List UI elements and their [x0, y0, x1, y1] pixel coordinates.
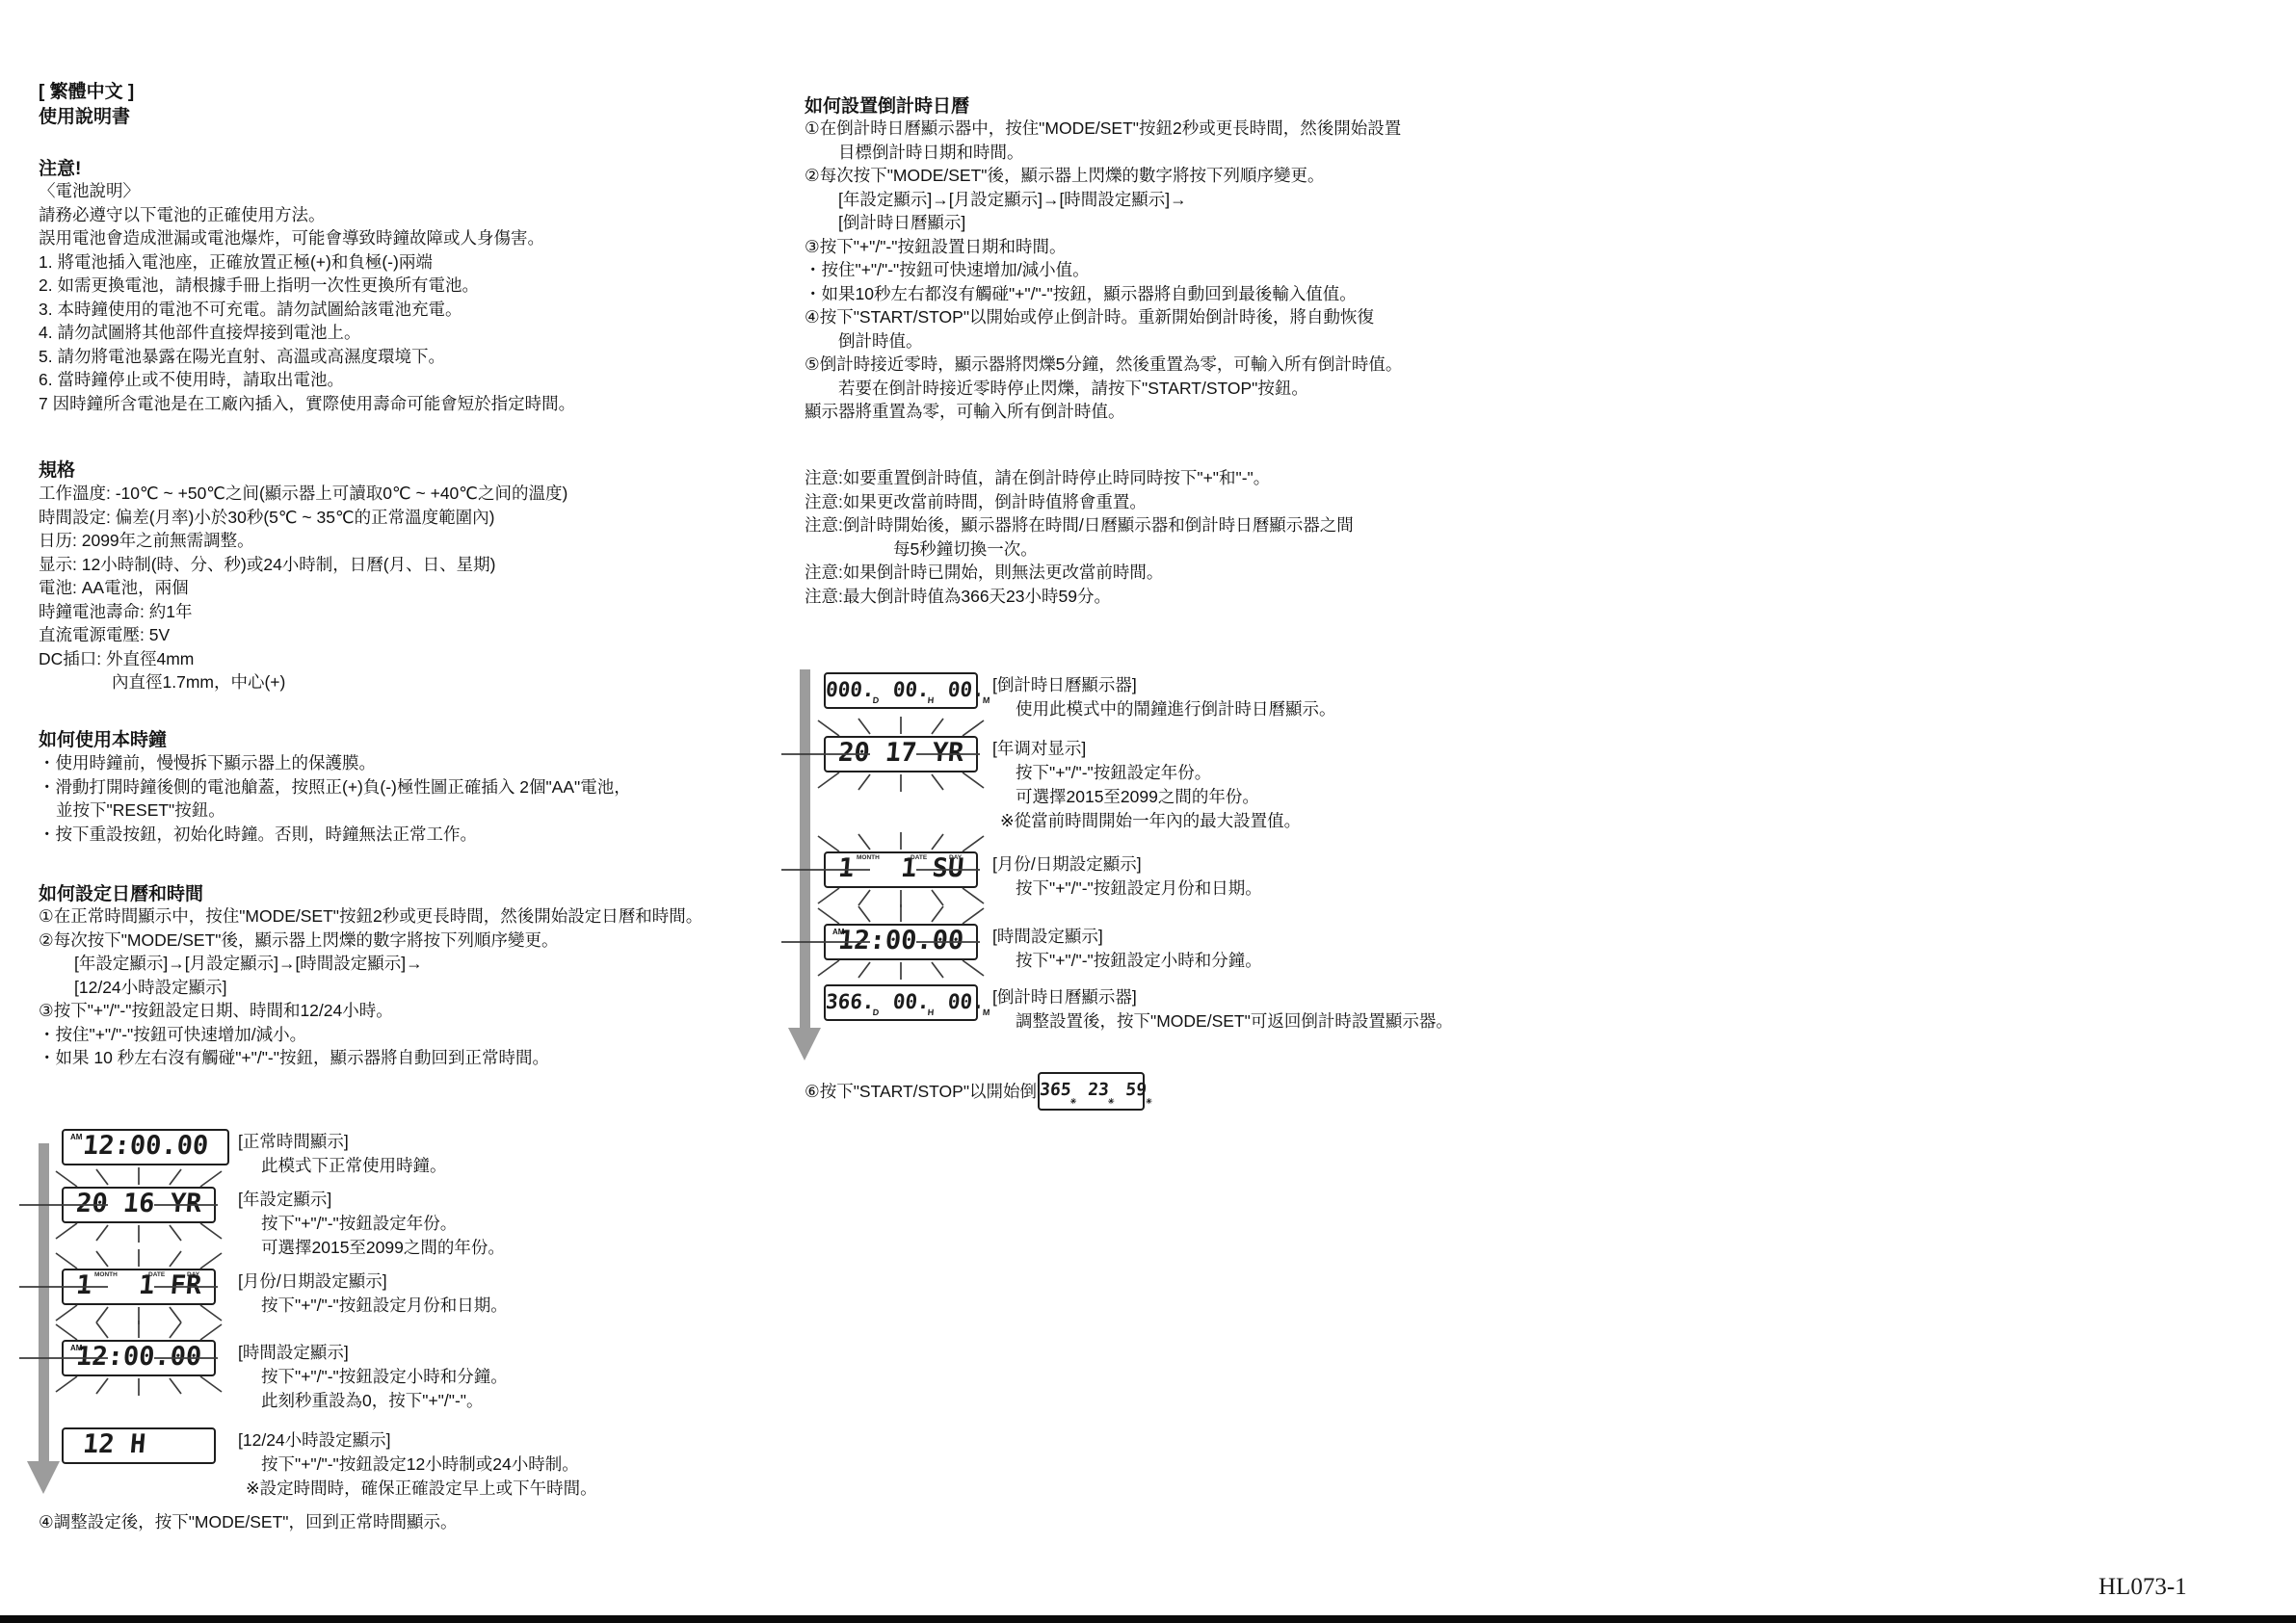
display-row: 20 17 YR [年调对显示] 按下"+"/"-"按鈕設定年份。 可選擇201…	[824, 736, 978, 772]
text-line: 直流電源電壓: 5V	[39, 623, 567, 647]
howto-use-lines: ・使用時鐘前，慢慢拆下顯示器上的保護膜。 ・滑動打開時鐘後側的電池艙蓋，按照正(…	[39, 751, 631, 846]
display-row: AM 12:00.00 [時間設定顯示] 按下"+"/"-"按鈕設定小時和分鐘。	[824, 924, 978, 960]
text-line: 5. 請勿將電池暴露在陽光直射、高溫或高濕度環境下。	[39, 345, 575, 369]
lcd-digits: 366.D 00.H 00.M	[825, 986, 978, 1019]
display-desc: 按下"+"/"-"按鈕設定月份和日期。	[1016, 877, 1262, 901]
lcd-month-label: MONTH	[94, 1271, 118, 1278]
display-caption: [月份/日期設定顯示] 按下"+"/"-"按鈕設定月份和日期。	[992, 852, 1262, 901]
display-label: [倒計時日曆顯示器]	[992, 673, 1336, 697]
am-marker: AM	[832, 928, 844, 936]
lcd-hours-unit: H	[927, 695, 934, 705]
text-line: ・使用時鐘前，慢慢拆下顯示器上的保護膜。	[39, 751, 631, 775]
text-line: 時間設定: 偏差(月率)小於30秒(5℃ ~ 35℃的正常溫度範圍內)	[39, 506, 567, 530]
lcd-display-countdown-running: 365✳ 23✳ 59✳	[1038, 1072, 1145, 1111]
caution-lines: 〈電池說明〉 請務必遵守以下電池的正確使用方法。 誤用電池會造成泄漏或電池爆炸，…	[39, 179, 575, 415]
text-line: 內直徑1.7mm，中心(+)	[39, 670, 567, 694]
text-line: 6. 當時鐘停止或不使用時，請取出電池。	[39, 368, 575, 392]
lcd-display: AM 12:00.00	[62, 1129, 229, 1165]
display-label: [正常時間顯示]	[238, 1130, 447, 1154]
lcd-digits: 12 H	[63, 1429, 216, 1462]
countdown-heading: 如何設置倒計時日曆	[805, 92, 969, 118]
note-line: 注意:倒計時開始後，顯示器將在時間/日曆顯示器和倒計時日曆顯示器之間	[805, 513, 1354, 537]
countdown-notes: 注意:如要重置倒計時值，請在倒計時停止時同時按下"+"和"-"。 注意:如果更改…	[805, 466, 1354, 608]
note-line: 注意:如果更改當前時間，倒計時值將會重置。	[805, 490, 1354, 514]
display-row: AM 12:00.00 [時間設定顯示] 按下"+"/"-"按鈕設定小時和分鐘。…	[62, 1340, 216, 1376]
lcd-month-label: MONTH	[857, 854, 880, 861]
display-label: [月份/日期設定顯示]	[992, 852, 1262, 877]
countdown-steps: ①在倒計時日曆顯示器中，按住"MODE/SET"按鈕2秒或更長時間，然後開始設置…	[805, 117, 1402, 424]
display-desc: 按下"+"/"-"按鈕設定年份。	[261, 1212, 505, 1236]
display-desc: 使用此模式中的鬧鐘進行倒計時日曆顯示。	[1016, 697, 1336, 721]
display-caption: [月份/日期設定顯示] 按下"+"/"-"按鈕設定月份和日期。	[238, 1270, 508, 1318]
step-line: ・按住"+"/"-"按鈕可快速增加/減小。	[39, 1023, 702, 1047]
blink-spark-icon: ✳	[1146, 1097, 1152, 1106]
note-line: 注意:如要重置倒計時值，請在倒計時停止時同時按下"+"和"-"。	[805, 466, 1354, 490]
display-desc: 可選擇2015至2099之間的年份。	[1016, 785, 1301, 809]
text-line: DC插口: 外直徑4mm	[39, 647, 567, 671]
step-line: [年設定顯示]→[月設定顯示]→[時間設定顯示]→	[39, 952, 702, 976]
step-line: 倒計時值。	[805, 329, 1402, 353]
howto-set-lines: ①在正常時間顯示中，按住"MODE/SET"按鈕2秒或更長時間，然後開始設定日曆…	[39, 904, 702, 1070]
text-line: 請務必遵守以下電池的正確使用方法。	[39, 203, 575, 227]
text-line: 〈電池說明〉	[39, 179, 575, 203]
text-line: 日历: 2099年之前無需調整。	[39, 529, 567, 553]
text-line: 4. 請勿試圖將其他部件直接焊接到電池上。	[39, 321, 575, 345]
display-desc: 按下"+"/"-"按鈕設定年份。	[1016, 761, 1301, 785]
specs-heading: 規格	[39, 456, 75, 482]
display-desc: 按下"+"/"-"按鈕設定12小時制或24小時制。	[261, 1453, 597, 1477]
text-line: 3. 本時鐘使用的電池不可充電。請勿試圖給該電池充電。	[39, 298, 575, 322]
step-line: ・如果10秒左右都沒有觸碰"+"/"-"按鈕，顯示器將自動回到最後輸入值值。	[805, 282, 1402, 306]
lcd-digits: 000.D 00.H 00.M	[825, 674, 978, 707]
lcd-digits: 12:00.00	[63, 1342, 216, 1374]
lcd-day-label: DAY	[949, 854, 962, 861]
specs-lines: 工作溫度: -10℃ ~ +50℃之间(顯示器上可讀取0℃ ~ +40℃之间的溫…	[39, 482, 567, 694]
display-label: [倒計時日曆顯示器]	[992, 985, 1453, 1009]
flow-arrowhead-icon	[788, 1028, 821, 1060]
howto-use-heading: 如何使用本時鐘	[39, 725, 167, 751]
doc-code: HL073-1	[2098, 1574, 2187, 1601]
display-caption: [倒計時日曆顯示器] 使用此模式中的鬧鐘進行倒計時日曆顯示。	[992, 673, 1336, 721]
step-line: 若要在倒計時接近零時停止閃爍，請按下"START/STOP"按鈕。	[805, 377, 1402, 401]
text-line: 誤用電池會造成泄漏或電池爆炸，可能會導致時鐘故障或人身傷害。	[39, 226, 575, 250]
step-line: ・按住"+"/"-"按鈕可快速增加/減小值。	[805, 258, 1402, 282]
howto-set-heading: 如何設定日曆和時間	[39, 879, 203, 905]
display-label: [12/24小時設定顯示]	[238, 1428, 597, 1453]
lcd-display-blinking: AM 12:00.00	[824, 924, 978, 960]
text-line: 時鐘電池壽命: 約1年	[39, 600, 567, 624]
display-label: [年設定顯示]	[238, 1188, 505, 1212]
lcd-digits: 12:00.00	[63, 1131, 229, 1164]
display-desc: 可選擇2015至2099之間的年份。	[261, 1236, 505, 1260]
display-label: [時間設定顯示]	[238, 1341, 508, 1365]
lcd-minutes-unit: M	[982, 695, 990, 705]
lcd-display: 000.D 00.H 00.M	[824, 672, 978, 709]
flow-arrowhead-icon	[27, 1461, 60, 1494]
display-desc: 此刻秒重設為0，按下"+"/"-"。	[261, 1389, 508, 1413]
display-caption: [正常時間顯示] 此模式下正常使用時鐘。	[238, 1130, 447, 1178]
lcd-date-label: DATE	[910, 854, 927, 861]
text-line: 1. 將電池插入電池座，正確放置正極(+)和負極(-)兩端	[39, 250, 575, 275]
display-label: [月份/日期設定顯示]	[238, 1270, 508, 1294]
step-line: [12/24小時設定顯示]	[39, 976, 702, 1000]
step-line: ・如果 10 秒左右沒有觸碰"+"/"-"按鈕，顯示器將自動回到正常時間。	[39, 1046, 702, 1070]
final-step-left: ④調整設定後，按下"MODE/SET"，回到正常時間顯示。	[39, 1510, 458, 1534]
text-line: 7 因時鐘所含電池是在工廠內插入，實際使用壽命可能會短於指定時間。	[39, 392, 575, 416]
lcd-digits: 12:00.00	[825, 926, 978, 958]
display-desc: ※設定時間時，確保正確設定早上或下午時間。	[246, 1477, 597, 1501]
blink-spark-icon: ✳	[1069, 1097, 1076, 1106]
step-line: 顯示器將重置為零，可輸入所有倒計時值。	[805, 400, 1402, 424]
step-line: ④按下"START/STOP"以開始或停止倒計時。重新開始倒計時後，將自動恢復	[805, 305, 1402, 329]
lcd-days-unit: D	[872, 1008, 879, 1017]
text-line: ・滑動打開時鐘後側的電池艙蓋，按照正(+)負(-)極性圖正確插入 2個"AA"電…	[39, 775, 631, 799]
lcd-digits: 365✳ 23✳ 59✳	[1038, 1074, 1144, 1109]
display-desc: 調整設置後，按下"MODE/SET"可返回倒計時設置顯示器。	[1016, 1009, 1453, 1034]
lcd-display: 12 H	[62, 1427, 216, 1464]
lcd-display: 366.D 00.H 00.M	[824, 984, 978, 1021]
lcd-display-blinking: MONTH DATE DAY 1 1 SU	[824, 851, 978, 888]
display-desc: ※從當前時間開始一年內的最大設置值。	[1000, 809, 1301, 833]
text-line: 工作溫度: -10℃ ~ +50℃之间(顯示器上可讀取0℃ ~ +40℃之间的溫…	[39, 482, 567, 506]
text-line: ・按下重設按鈕，初始化時鐘。否則，時鐘無法正常工作。	[39, 823, 631, 847]
display-row: AM 12:00.00 [正常時間顯示] 此模式下正常使用時鐘。	[62, 1129, 229, 1165]
text-line: 2. 如需更換電池，請根據手冊上指明一次性更換所有電池。	[39, 274, 575, 298]
am-marker: AM	[70, 1344, 82, 1352]
note-line: 注意:如果倒計時已開始，則無法更改當前時間。	[805, 561, 1354, 585]
step-line: [年設定顯示]→[月設定顯示]→[時間設定顯示]→	[805, 188, 1402, 212]
display-row: 20 16 YR [年設定顯示] 按下"+"/"-"按鈕設定年份。 可選擇201…	[62, 1187, 216, 1223]
text-line: 显示: 12小時制(時、分、秒)或24小時制，日曆(月、日、星期)	[39, 553, 567, 577]
step-line: ②每次按下"MODE/SET"後，顯示器上閃爍的數字將按下列順序變更。	[39, 929, 702, 953]
step-line: 目標倒計時日期和時間。	[805, 141, 1402, 165]
lcd-hours-unit: H	[927, 1008, 934, 1017]
lcd-display-blinking: 20 16 YR	[62, 1187, 216, 1223]
text-line: 並按下"RESET"按鈕。	[39, 798, 631, 823]
display-caption: [時間設定顯示] 按下"+"/"-"按鈕設定小時和分鐘。	[992, 925, 1262, 973]
flow-arrow-icon	[800, 669, 810, 1028]
step-line: [倒計時日曆顯示]	[805, 211, 1402, 235]
display-caption: [年调对显示] 按下"+"/"-"按鈕設定年份。 可選擇2015至2099之間的…	[992, 737, 1301, 833]
step-line: ①在正常時間顯示中，按住"MODE/SET"按鈕2秒或更長時間，然後開始設定日曆…	[39, 904, 702, 929]
lcd-display-blinking: MONTH DATE DAY 1 1 FR	[62, 1269, 216, 1305]
display-row: 12 H [12/24小時設定顯示] 按下"+"/"-"按鈕設定12小時制或24…	[62, 1427, 216, 1464]
display-desc: 按下"+"/"-"按鈕設定小時和分鐘。	[1016, 949, 1262, 973]
flow-arrow-icon	[39, 1143, 49, 1461]
display-desc: 此模式下正常使用時鐘。	[261, 1154, 447, 1178]
lcd-display-blinking: 20 17 YR	[824, 736, 978, 772]
lcd-digits: 20 17 YR	[825, 738, 978, 771]
manual-page: [ 繁體中文 ] 使用說明書 注意! 〈電池說明〉 請務必遵守以下電池的正確使用…	[0, 0, 2296, 1623]
step-line: ③按下"+"/"-"按鈕設定日期、時間和12/24小時。	[39, 999, 702, 1023]
step-line: ③按下"+"/"-"按鈕設置日期和時間。	[805, 235, 1402, 259]
step-line: ⑤倒計時接近零時，顯示器將閃爍5分鐘，然後重置為零，可輸入所有倒計時值。	[805, 353, 1402, 377]
lcd-days-unit: D	[872, 695, 879, 705]
page-edge-bar	[0, 1615, 2296, 1623]
display-row: MONTH DATE DAY 1 1 SU [月份/日期設定顯示] 按下"+"/…	[824, 851, 978, 888]
step-line: ②每次按下"MODE/SET"後，顯示器上閃爍的數字將按下列順序變更。	[805, 164, 1402, 188]
lcd-minutes-unit: M	[982, 1008, 990, 1017]
display-desc: 按下"+"/"-"按鈕設定小時和分鐘。	[261, 1365, 508, 1389]
blink-spark-icon: ✳	[1107, 1097, 1114, 1106]
lcd-display-blinking: AM 12:00.00	[62, 1340, 216, 1376]
note-line: 注意:最大倒計時值為366天23小時59分。	[805, 585, 1354, 609]
display-label: [時間設定顯示]	[992, 925, 1262, 949]
lcd-digits: 20 16 YR	[63, 1189, 216, 1221]
display-caption: [倒計時日曆顯示器] 調整設置後，按下"MODE/SET"可返回倒計時設置顯示器…	[992, 985, 1453, 1034]
display-row: MONTH DATE DAY 1 1 FR [月份/日期設定顯示] 按下"+"/…	[62, 1269, 216, 1305]
display-desc: 按下"+"/"-"按鈕設定月份和日期。	[261, 1294, 508, 1318]
display-label: [年调对显示]	[992, 737, 1301, 761]
am-marker: AM	[70, 1133, 82, 1141]
note-line: 每5秒鐘切換一次。	[805, 537, 1354, 562]
manual-subtitle: 使用說明書	[39, 102, 130, 128]
caution-heading: 注意!	[39, 154, 81, 180]
lcd-date-label: DATE	[148, 1271, 165, 1278]
display-row: 000.D 00.H 00.M [倒計時日曆顯示器] 使用此模式中的鬧鐘進行倒計…	[824, 672, 978, 709]
display-row: 366.D 00.H 00.M [倒計時日曆顯示器] 調整設置後，按下"MODE…	[824, 984, 978, 1021]
language-tag: [ 繁體中文 ]	[39, 77, 134, 103]
lcd-day-label: DAY	[187, 1271, 199, 1278]
step-line: ①在倒計時日曆顯示器中，按住"MODE/SET"按鈕2秒或更長時間，然後開始設置	[805, 117, 1402, 141]
display-caption: [年設定顯示] 按下"+"/"-"按鈕設定年份。 可選擇2015至2099之間的…	[238, 1188, 505, 1260]
text-line: 電池: AA電池，兩個	[39, 576, 567, 600]
display-caption: [時間設定顯示] 按下"+"/"-"按鈕設定小時和分鐘。 此刻秒重設為0，按下"…	[238, 1341, 508, 1413]
display-caption: [12/24小時設定顯示] 按下"+"/"-"按鈕設定12小時制或24小時制。 …	[238, 1428, 597, 1501]
